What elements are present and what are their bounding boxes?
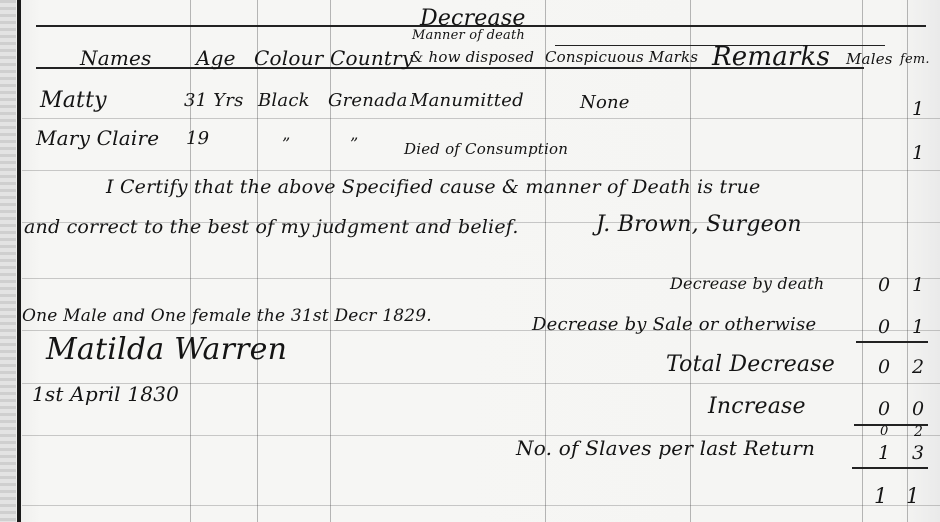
cell-country: ” [350,134,358,153]
summary-males: 1 [874,484,887,508]
column-header-manner-top: Manner of death [412,28,525,43]
column-header-age: Age [196,46,236,70]
summary-males: 0 [878,274,890,296]
summary-males: 0 [878,356,890,378]
grid-line [22,170,940,171]
summary-females: 1 [906,484,919,508]
column-header-names: Names [80,46,152,70]
summary-females: 1 [912,316,924,338]
column-header-colour: Colour [254,46,323,70]
column-header-country: Country [330,46,413,70]
summary-underline [856,341,928,343]
grid-line [190,0,191,522]
cell-age: 31 Yrs [184,90,244,111]
grid-line [907,0,908,522]
note-line: One Male and One female the 31st Decr 18… [22,306,432,326]
summary-males-above: 0 [880,424,888,439]
summary-females: 3 [912,442,924,464]
cell-age: 19 [186,128,209,149]
summary-label: No. of Slaves per last Return [516,436,815,460]
column-header-females: fem. [900,52,930,67]
summary-label: Total Decrease [666,352,835,377]
certification-line-1: I Certify that the above Specified cause… [106,176,760,198]
summary-males: 0 [878,316,890,338]
certification-signature: J. Brown, Surgeon [596,212,802,237]
signatory-date: 1st April 1830 [32,382,179,406]
signatory-name: Matilda Warren [46,332,287,367]
summary-label: Decrease by Sale or otherwise [532,314,816,335]
book-binding [0,0,16,522]
grid-line [22,118,940,119]
cell-colour: ” [282,134,290,153]
register-page: Decrease Names Age Colour Country Manner… [0,0,940,522]
cell-manner: Died of Consumption [404,140,568,158]
column-header-marks: Conspicuous Marks [545,48,698,66]
summary-label: Decrease by death [670,274,824,293]
grid-line [22,505,940,506]
column-header-males: Males [846,50,893,68]
certification-line-2: and correct to the best of my judgment a… [24,216,519,238]
margin-rule [17,0,21,522]
grid-line [862,0,863,522]
cell-name: Mary Claire [36,126,159,150]
grid-line [257,0,258,522]
column-header-manner: & how disposed [410,48,534,66]
summary-females: 1 [912,274,924,296]
cell-colour: Black [258,90,310,111]
summary-underline [852,467,928,469]
cell-manner: Manumitted [410,90,524,111]
column-header-remarks: Remarks [712,42,830,72]
grid-line [330,0,331,522]
summary-females-above: 2 [914,424,923,440]
cell-name: Matty [40,88,107,113]
summary-females: 0 [912,398,924,420]
summary-males: 0 [878,398,890,420]
summary-females: 2 [912,356,924,378]
cell-marks: None [580,92,630,113]
summary-males: 1 [878,442,890,464]
cell-country: Grenada [328,90,408,111]
cell-females: 1 [912,142,924,164]
cell-females: 1 [912,98,924,120]
summary-label: Increase [708,394,806,419]
